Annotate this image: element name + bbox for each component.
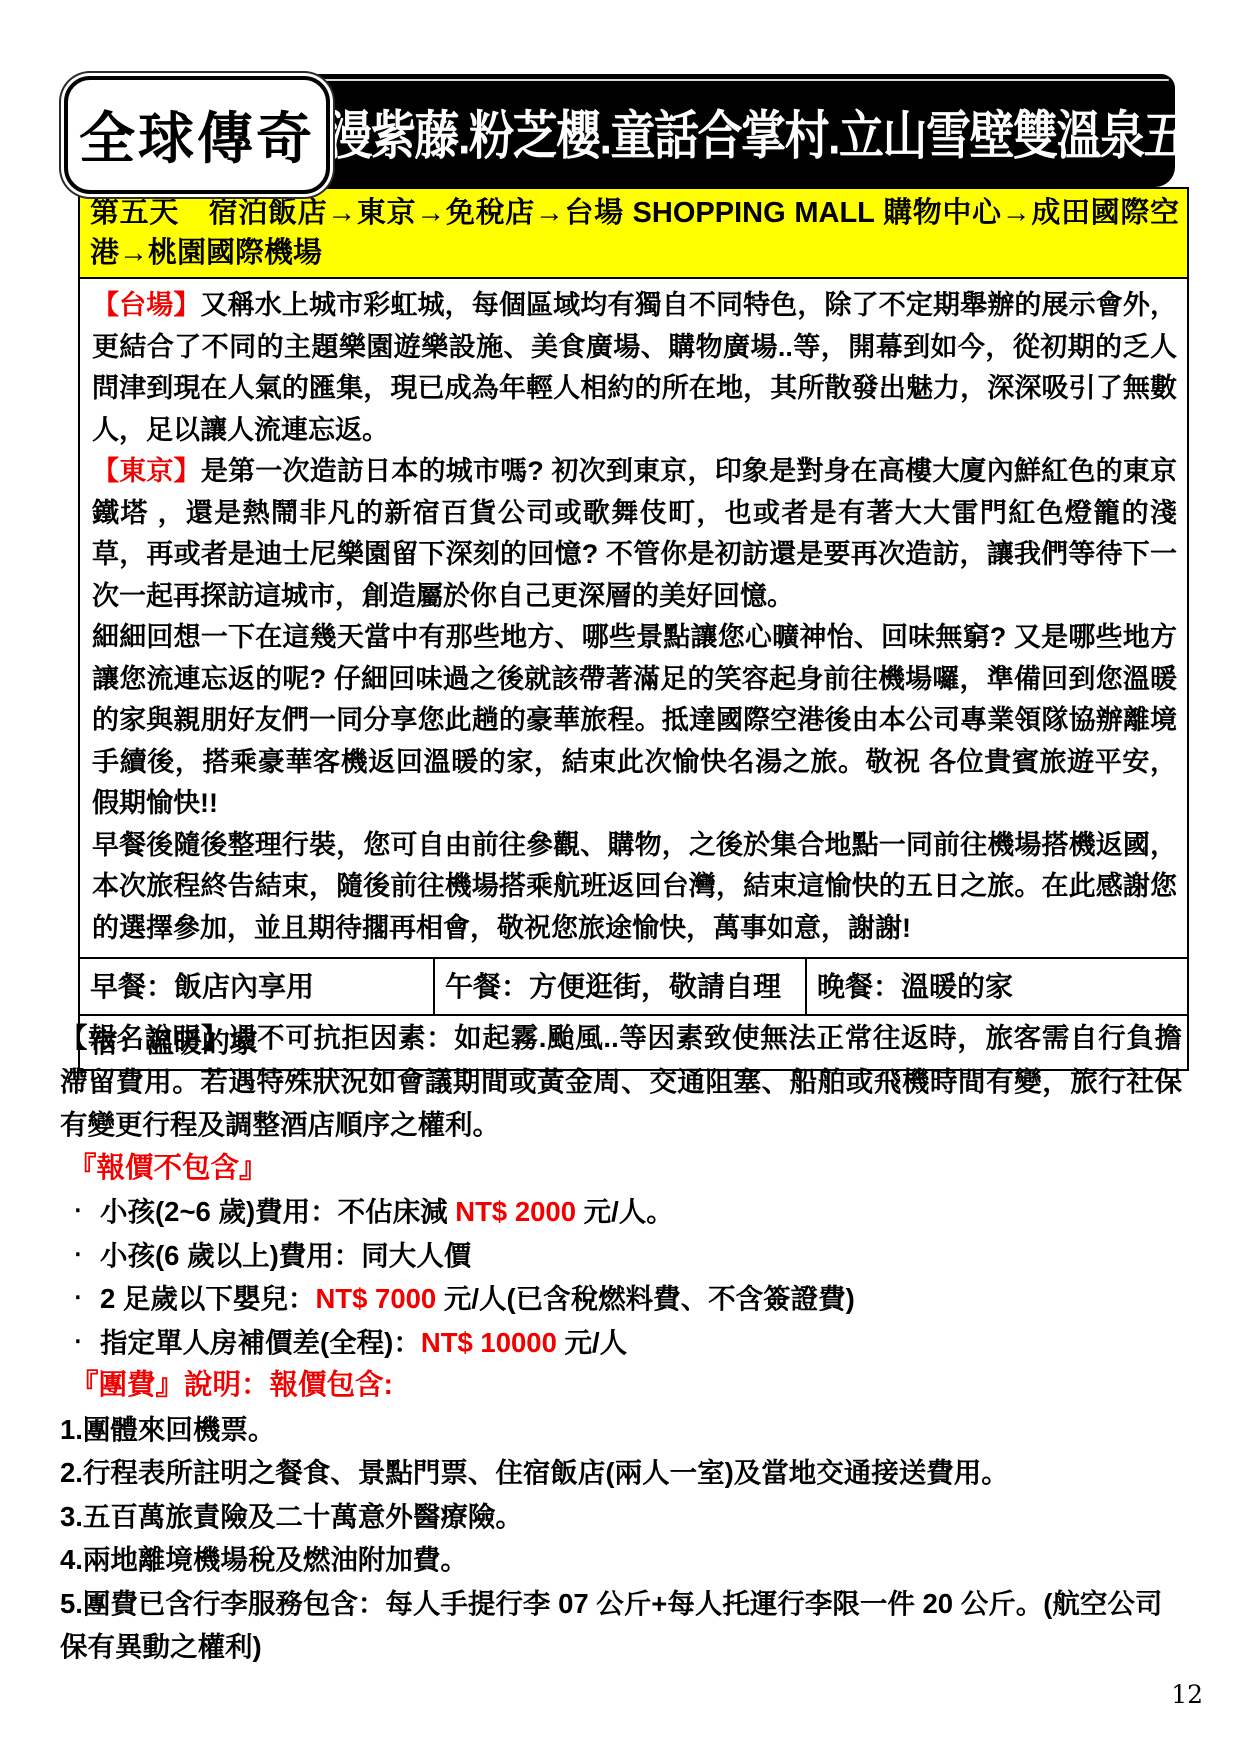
included-heading: 『團費』說明：報價包含: bbox=[60, 1364, 1182, 1408]
included-item: 4.兩地離境機場稅及燃油附加費。 bbox=[60, 1538, 1182, 1582]
paragraph: 早餐後隨後整理行裝，您可自由前往參觀、購物，之後於集合地點一同前往機場搭機返國，… bbox=[92, 825, 1177, 950]
place-tag: 【東京】 bbox=[92, 456, 201, 486]
paragraph: 【台場】又稱水上城市彩虹城，每個區域均有獨自不同特色，除了不定期舉辦的展示會外，… bbox=[92, 285, 1177, 451]
notes-section: 【報名說明】遇不可抗拒因素：如起霧.颱風..等因素致使無法正常往返時，旅客需自行… bbox=[60, 1016, 1182, 1669]
included-item: 5.團費已含行李服務包含：每人手提行李 07 公斤+每人托運行李限一件 20 公… bbox=[60, 1582, 1182, 1669]
company-logo: 全球傳奇 bbox=[64, 76, 330, 194]
itinerary-table: 第五天 宿泊飯店→東京→免稅店→台場 SHOPPING MALL 購物中心→成田… bbox=[78, 187, 1189, 1071]
not-included-heading: 『報價不包含』 bbox=[60, 1147, 1182, 1191]
signup-note: 【報名說明】遇不可抗拒因素：如起霧.颱風..等因素致使無法正常往返時，旅客需自行… bbox=[60, 1016, 1182, 1147]
not-included-item: 小孩(2~6 歲)費用：不佔床減 NT$ 2000 元/人。 bbox=[60, 1190, 1182, 1234]
included-list: 1.團體來回機票。2.行程表所註明之餐食、景點門票、住宿飯店(兩人一室)及當地交… bbox=[60, 1408, 1182, 1669]
price-value: NT$ 2000 bbox=[455, 1196, 576, 1227]
included-item: 1.團體來回機票。 bbox=[60, 1408, 1182, 1452]
paragraph: 【東京】是第一次造訪日本的城市嗎? 初次到東京，印象是對身在高樓大廈內鮮紅色的東… bbox=[92, 451, 1177, 617]
not-included-list: 小孩(2~6 歲)費用：不佔床減 NT$ 2000 元/人。小孩(6 歲以上)費… bbox=[60, 1190, 1182, 1364]
included-item: 3.五百萬旅責險及二十萬意外醫療險。 bbox=[60, 1495, 1182, 1539]
breakfast-cell: 早餐：飯店內享用 bbox=[80, 959, 435, 1014]
dinner-cell: 晚餐：溫暖的家 bbox=[807, 959, 1187, 1014]
item-text: 小孩(2~6 歲)費用：不佔床減 bbox=[100, 1196, 455, 1227]
meals-row: 早餐：飯店內享用 午餐：方便逛街，敬請自理 晚餐：溫暖的家 bbox=[80, 959, 1187, 1016]
not-included-item: 指定單人房補價差(全程)：NT$ 10000 元/人 bbox=[60, 1321, 1182, 1365]
item-text: 小孩(6 歲以上)費用：同大人價 bbox=[100, 1240, 471, 1271]
not-included-item: 小孩(6 歲以上)費用：同大人價 bbox=[60, 1234, 1182, 1278]
price-value: NT$ 10000 bbox=[421, 1327, 557, 1358]
paragraph: 細細回想一下在這幾天當中有那些地方、哪些景點讓您心曠神怡、回味無窮? 又是哪些地… bbox=[92, 617, 1177, 825]
tour-title: 浪漫紫藤.粉芝櫻.童話合掌村.立山雪壁雙溫泉五日 bbox=[284, 93, 1231, 168]
price-value: NT$ 7000 bbox=[315, 1283, 436, 1314]
lunch-cell: 午餐：方便逛街，敬請自理 bbox=[435, 959, 807, 1014]
item-text: 元/人(已含稅燃料費、不含簽證費) bbox=[436, 1283, 855, 1314]
item-text: 元/人。 bbox=[576, 1196, 674, 1227]
included-item: 2.行程表所註明之餐食、景點門票、住宿飯店(兩人一室)及當地交通接送費用。 bbox=[60, 1451, 1182, 1495]
item-text: 元/人 bbox=[557, 1327, 627, 1358]
not-included-item: 2 足歲以下嬰兒：NT$ 7000 元/人(已含稅燃料費、不含簽證費) bbox=[60, 1277, 1182, 1321]
document-page: 浪漫紫藤.粉芝櫻.童話合掌村.立山雪壁雙溫泉五日 全球傳奇 第五天 宿泊飯店→東… bbox=[0, 0, 1241, 1755]
place-tag: 【台場】 bbox=[92, 290, 201, 320]
item-text: 指定單人房補價差(全程)： bbox=[100, 1327, 421, 1358]
company-logo-text: 全球傳奇 bbox=[79, 95, 315, 175]
day-description: 【台場】又稱水上城市彩虹城，每個區域均有獨自不同特色，除了不定期舉辦的展示會外，… bbox=[80, 279, 1187, 959]
item-text: 2 足歲以下嬰兒： bbox=[100, 1283, 315, 1314]
page-number: 12 bbox=[1171, 1680, 1203, 1709]
day-header: 第五天 宿泊飯店→東京→免稅店→台場 SHOPPING MALL 購物中心→成田… bbox=[80, 189, 1187, 279]
